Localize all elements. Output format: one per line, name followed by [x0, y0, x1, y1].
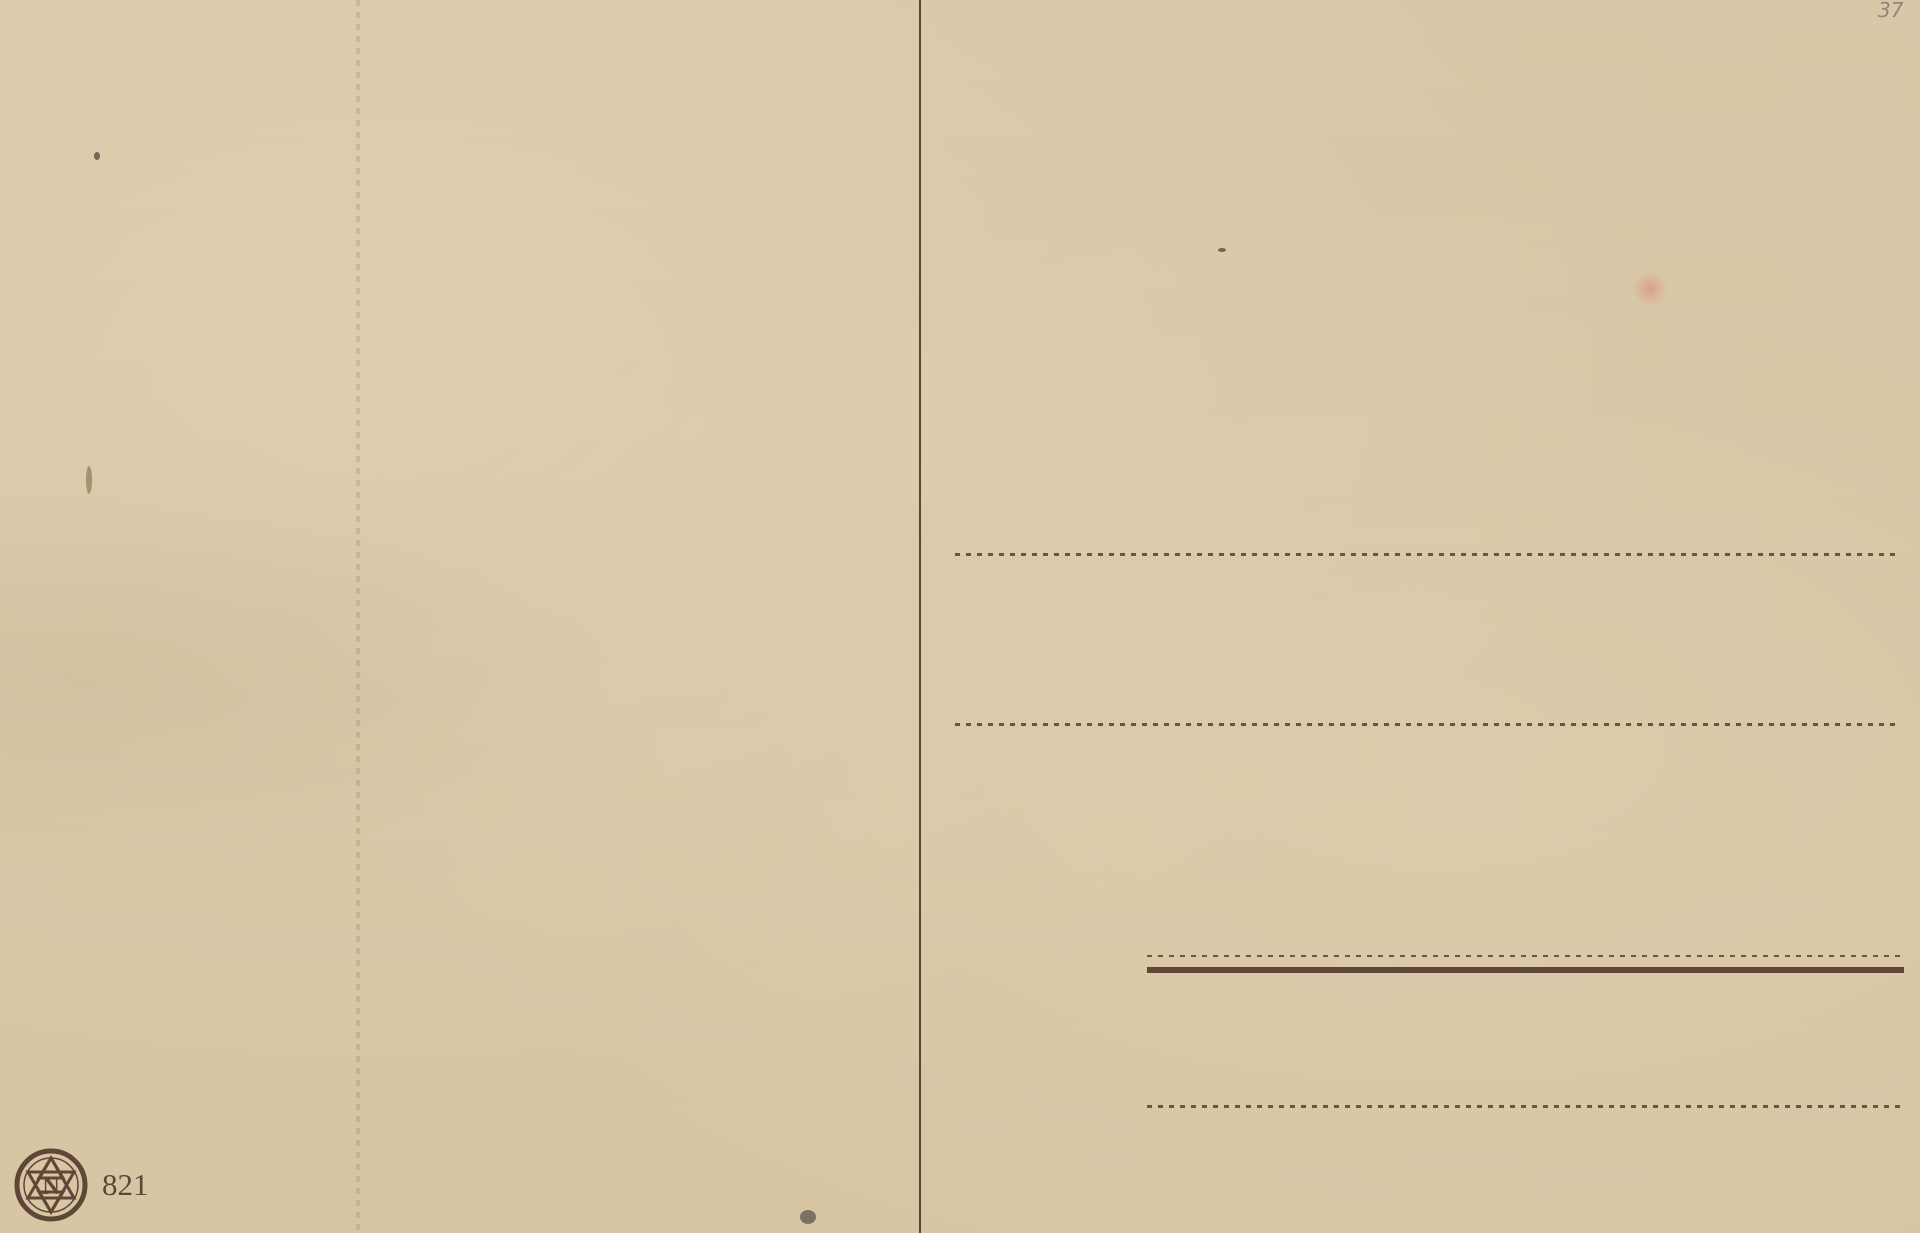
center-divider-line	[919, 0, 921, 1233]
address-underline-thick	[1147, 967, 1904, 973]
catalog-number: 821	[102, 1167, 149, 1203]
fold-crease	[356, 0, 360, 1233]
red-stain	[1632, 272, 1668, 306]
address-line-4	[1147, 1105, 1900, 1108]
address-line-3-dashed	[1147, 955, 1900, 957]
svg-text:N: N	[42, 1174, 60, 1200]
spot	[800, 1210, 816, 1224]
pencil-annotation: 37	[1878, 0, 1903, 22]
spot	[1218, 248, 1226, 252]
postcard-back: 37 N 821	[0, 0, 1920, 1233]
publisher-logo-icon: N	[14, 1148, 88, 1222]
address-line-2	[955, 723, 1900, 726]
spot	[94, 152, 100, 160]
address-line-1	[955, 553, 1900, 556]
spot	[86, 466, 92, 494]
